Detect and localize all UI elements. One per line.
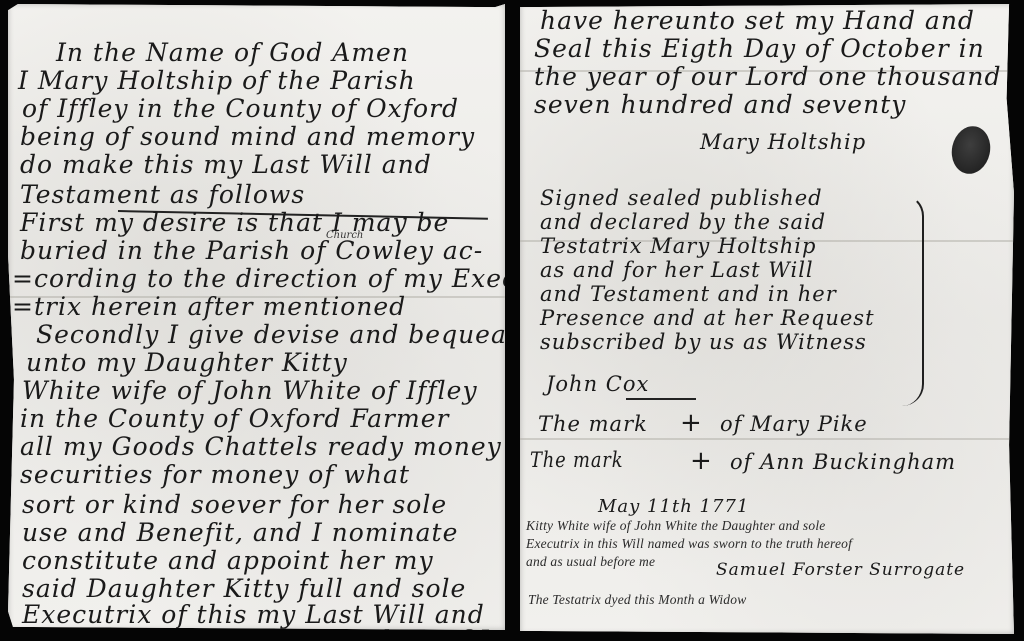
attestation-line-2: and declared by the said — [540, 210, 826, 234]
will-line-1: In the Name of God Amen — [56, 38, 409, 67]
probate-note: The Testatrix dyed this Month a Widow — [528, 592, 746, 608]
paper-fold-bottom — [520, 438, 1014, 440]
witness-mark-label-1: The mark — [538, 412, 648, 436]
will-line-8: buried in the Parish of Cowley ac- — [20, 236, 483, 265]
testatrix-signature: Mary Holtship — [700, 130, 866, 154]
witness-cross-mark-2: + — [690, 446, 712, 476]
witness-cross-mark-1: + — [680, 408, 702, 438]
will-line-2: I Mary Holtship of the Parish — [18, 66, 416, 95]
will-line-4: being of sound mind and memory — [20, 122, 475, 151]
will-line-20: said Daughter Kitty full and sole — [22, 574, 466, 603]
probate-date: May 11th 1771 — [598, 496, 749, 517]
attestation-line-7: subscribed by us as Witness — [540, 330, 867, 354]
will-line-16: securities for money of what — [20, 460, 410, 489]
attestation-line-5: and Testament and in her — [540, 282, 837, 306]
will-line-7: First my desire is that I may be — [20, 208, 449, 237]
will-line-21: Executrix of this my Last Will and — [22, 600, 485, 629]
attestation-brace — [900, 194, 924, 406]
will-line-15: all my Goods Chattels ready money — [20, 432, 502, 461]
wax-seal — [947, 123, 994, 178]
right-page: have hereunto set my Hand and Seal this … — [520, 4, 1014, 634]
will-line-11: Secondly I give devise and bequeath — [36, 320, 535, 349]
probate-line-1: Kitty White wife of John White the Daugh… — [526, 518, 825, 534]
attestation-line-4: as and for her Last Will — [540, 258, 814, 282]
will-line-9: =cording to the direction of my Execu — [12, 264, 534, 293]
will-line-12: unto my Daughter Kitty — [26, 348, 348, 377]
surrogate-signature: Samuel Forster Surrogate — [716, 560, 965, 580]
left-page: In the Name of God Amen I Mary Holtship … — [8, 4, 505, 630]
probate-line-2: Executrix in this Will named was sworn t… — [526, 536, 852, 552]
witness-john-cox: John Cox — [546, 372, 649, 396]
will-continuation-line-1: have hereunto set my Hand and — [540, 6, 975, 35]
will-line-3: of Iffley in the County of Oxford — [22, 94, 459, 123]
witness-underline — [626, 398, 696, 400]
will-line-10: =trix herein after mentioned — [12, 292, 406, 321]
attestation-line-1: Signed sealed published — [540, 186, 823, 210]
will-line-14: in the County of Oxford Farmer — [20, 404, 449, 433]
will-line-6: Testament as follows — [20, 180, 305, 209]
witness-mary-pike: of Mary Pike — [720, 412, 868, 436]
will-continuation-line-4: seven hundred and seventy — [534, 90, 906, 119]
attestation-line-3: Testatrix Mary Holtship — [540, 234, 816, 258]
will-line-22: Testament — In Witness whereof I — [22, 626, 490, 641]
will-line-5: do make this my Last Will and — [20, 150, 432, 179]
witness-mark-label-2: The mark — [530, 448, 623, 472]
will-line-19: constitute and appoint her my — [22, 546, 434, 575]
will-line-18: use and Benefit, and I nominate — [22, 518, 458, 547]
will-line-13: White wife of John White of Iffley — [22, 376, 478, 405]
will-continuation-line-3: the year of our Lord one thousand — [534, 62, 1002, 91]
will-line-17: sort or kind soever for her sole — [22, 490, 447, 519]
attestation-line-6: Presence and at her Request — [540, 306, 875, 330]
witness-ann-buckingham: of Ann Buckingham — [730, 450, 956, 474]
probate-line-3: and as usual before me — [526, 554, 655, 570]
will-continuation-line-2: Seal this Eigth Day of October in — [534, 34, 985, 63]
